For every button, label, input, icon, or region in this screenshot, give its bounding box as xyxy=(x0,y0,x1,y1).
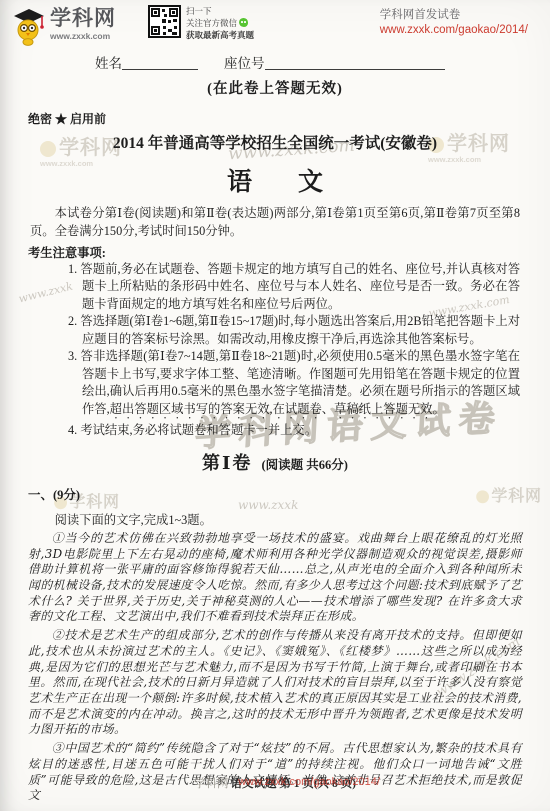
note-number: 2. xyxy=(68,314,77,328)
mascot-icon xyxy=(12,6,46,46)
seat-blank-field xyxy=(265,56,445,70)
site-logo: 学科网 www.zxxk.com xyxy=(50,8,116,41)
note-text: 答选择题(第Ⅰ卷1~6题,第Ⅱ卷15~17题)时,每小题选出答案后,用2B铅笔把… xyxy=(80,314,520,345)
seat-label: 座位号 xyxy=(224,56,265,71)
wechat-icon xyxy=(239,18,248,27)
reading-instruction: 阅读下面的文字,完成1~3题。 xyxy=(30,510,520,528)
note-number: 1. xyxy=(68,262,77,276)
invalid-notice: (在此卷上答题无效) xyxy=(0,77,550,98)
qr-caption-line1: 扫一下 xyxy=(186,5,254,17)
note-item-1: 1. 答题前,务必在试题卷、答题卡规定的地方填写自己的姓名、座位号,并认真核对答… xyxy=(68,261,520,313)
note-text-emphasized: 超出答题区域书写的答案无效,在试题卷、草稿纸上答题无效 xyxy=(110,402,433,416)
site-name: 学科网 xyxy=(50,8,116,29)
qr-caption-line2: 关注官方微信 xyxy=(186,17,254,29)
qr-caption: 扫一下 关注官方微信 获取最新高考真题 xyxy=(186,5,254,41)
page-footer: 学科网语文试题 第 1 页(共 8 页) www.zxxk.com/gaokao… xyxy=(0,775,550,791)
name-label: 姓名 xyxy=(95,56,122,71)
section-1-heading: 第Ⅰ卷 (阅读题 共66分) xyxy=(0,449,550,475)
notes-title: 考生注意事项: xyxy=(28,243,550,261)
note-text: 答题前,务必在试题卷、答题卡规定的地方填写自己的姓名、座位号,并认真核对答题卡上… xyxy=(80,262,520,311)
note-number: 4. xyxy=(68,423,77,437)
site-url: www.zxxk.com xyxy=(50,32,116,41)
note-text: 考试结束,务必将试题卷和答题卡一并上交。 xyxy=(80,423,317,437)
part-one-heading: 一、(9分) xyxy=(28,485,550,503)
note-item-4: 4. 考试结束,务必将试题卷和答题卡一并上交。 xyxy=(68,422,520,439)
passage-paragraph-3: ③中国艺术的“简约”传统隐含了对于“炫技”的不屑。古代思想家认为,繁杂的技术具有… xyxy=(28,741,522,804)
exam-title: 2014 年普通高等学校招生全国统一考试(安徽卷) xyxy=(0,131,550,153)
section-volume-label: 第Ⅰ卷 xyxy=(202,453,252,473)
page-header: 学科网 www.zxxk.com 扫一下 关注官方微信 获取最新高考真题 xyxy=(0,0,550,48)
qr-caption-line3: 获取最新高考真题 xyxy=(186,29,254,41)
passage-paragraph-1: ①当今的艺术仿佛在兴致勃勃地享受一场技术的盛宴。戏曲舞台上眼花缭乱的灯光照射,3… xyxy=(28,531,522,625)
note-item-2: 2. 答选择题(第Ⅰ卷1~6题,第Ⅱ卷15~17题)时,每小题选出答案后,用2B… xyxy=(68,313,520,348)
footer-site-watermark: 学科网 xyxy=(194,778,229,790)
paper-intro: 本试卷分第Ⅰ卷(阅读题)和第Ⅱ卷(表达题)两部分,第Ⅰ卷第1页至第6页,第Ⅱ卷第… xyxy=(30,204,520,241)
publish-url: www.zxxk.com/gaokao/2014/ xyxy=(380,23,528,38)
note-number: 3. xyxy=(68,349,77,363)
name-blank-field xyxy=(122,56,198,70)
reading-passage: ①当今的艺术仿佛在兴致勃勃地享受一场技术的盛宴。戏曲舞台上眼花缭乱的灯光照射,3… xyxy=(0,531,550,804)
exam-paper-page: 学科网 www.zxxk.com 学科网 www.zxxk.com www.zx… xyxy=(0,0,550,811)
footer-url-watermark: www.zxxk.com/gaokao/2014/ xyxy=(238,776,380,788)
passage-paragraph-2: ②技术是艺术生产的组成部分,艺术的创作与传播从来没有离开技术的支持。但即便如此,… xyxy=(28,628,522,738)
publish-info: 学科网首发试卷 www.zxxk.com/gaokao/2014/ xyxy=(380,8,528,38)
subject-title: 语文 xyxy=(0,162,550,198)
note-item-3: 3. 答非选择题(第Ⅰ卷7~14题,第Ⅱ卷18~21题)时,必须使用0.5毫米的… xyxy=(68,348,520,421)
classification-label: 绝密 ★ 启用前 xyxy=(28,110,550,127)
section-subtitle: (阅读题 共66分) xyxy=(262,458,348,472)
note-text: 。 xyxy=(432,402,444,416)
qr-code-icon xyxy=(148,5,181,38)
candidate-info-row: 姓名座位号 xyxy=(95,52,550,72)
publish-title: 学科网首发试卷 xyxy=(380,8,528,23)
